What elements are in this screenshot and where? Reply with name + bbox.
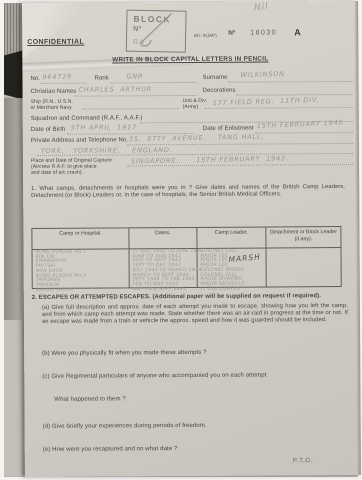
questionnaire-page: BLOCK Nº RA M.I. 9(JAP) Nº 18030 A Nil C… xyxy=(22,1,361,477)
section-2c-text: (c) Give Regimental particulars of anyon… xyxy=(42,372,342,381)
unit-div-label-line2: (Army) xyxy=(183,105,199,111)
address-value-line2: YORK, YORKSHIRE, ENGLAND. xyxy=(41,146,173,155)
col-header-dates: Dates. xyxy=(129,228,197,248)
dates-column: 17 DEC 1942 TO JUNE 1943 JUNE TO AUG 194… xyxy=(130,249,198,287)
page-corner-fold xyxy=(22,3,94,59)
camp-column: NONG PLADUK No.1 RIN TIN KWANARIYAI PHIT… xyxy=(33,249,130,288)
surname-label: Surname xyxy=(202,75,227,82)
section-2-heading: 2. ESCAPES OR ATTEMPTED ESCAPES. (Additi… xyxy=(32,293,352,302)
date-of-birth-label: Date of Birth xyxy=(31,127,66,134)
section-2c2-text: What happened to them ? xyxy=(54,396,254,404)
field-line xyxy=(127,143,353,145)
capture-label-line3: and date of a/c crash). xyxy=(31,171,83,177)
confidential-marking: CONFIDENTIAL xyxy=(27,39,84,48)
col-header-block: Detachment or Block Leader (if any). xyxy=(266,227,340,247)
page-right-edge-shadow xyxy=(354,1,361,475)
field-line xyxy=(40,83,86,84)
section-2e-text: (e) How were you recaptured and on what … xyxy=(43,445,343,454)
private-address-label: Private Address and Telephone No. xyxy=(31,137,128,145)
camps-table-header-row: Camp or Hospital. Dates. Camp Leader. De… xyxy=(32,227,340,250)
please-turn-over: P.T.O. xyxy=(293,457,313,464)
block-number-stamp: BLOCK Nº RA xyxy=(126,10,187,53)
dates-entry: MAY TO 2 SEPT 1945 xyxy=(133,288,197,293)
service-number-value: 964729 xyxy=(42,72,72,81)
field-line xyxy=(205,107,353,109)
serial-no-label: Nº xyxy=(228,30,235,37)
decorations-label: Decorations xyxy=(203,88,236,95)
field-line xyxy=(237,94,353,96)
col-header-camp: Camp or Hospital. xyxy=(32,228,129,249)
camps-table: Camp or Hospital. Dates. Camp Leader. De… xyxy=(31,226,341,289)
col-header-leader: Camp Leader. xyxy=(197,228,266,248)
christian-names-label: Christian Names xyxy=(31,89,77,96)
christian-names-value: CHARLES ARTHUR xyxy=(79,85,153,93)
camps-table-body: NONG PLADUK No.1 RIN TIN KWANARIYAI PHIT… xyxy=(33,248,341,288)
mi9-department-stamp: M.I. 9(JAP) xyxy=(194,33,217,38)
rank-value: GNR xyxy=(126,72,143,80)
pencil-mark xyxy=(127,11,186,52)
scanned-document: { "meta": { "confidential": "CONFIDENTIA… xyxy=(0,0,362,480)
camp-entry: NAKOM PATOM xyxy=(36,288,129,293)
squadron-command-label: Squadron and Command (R.A.F., A.A.F.) xyxy=(31,115,143,123)
pencil-note-nil: Nil xyxy=(254,2,270,14)
field-line xyxy=(110,82,196,84)
section-2a-text: (a) Give full description and approx. da… xyxy=(42,303,348,325)
question-1-text: 1. What camps, detachments or hospitals … xyxy=(31,184,345,200)
service-number-label: No. xyxy=(30,76,40,83)
unit-div-value: 177 FIELD REG. 11TH DIV. xyxy=(213,96,320,107)
series-letter-stamp: A xyxy=(294,27,301,37)
date-of-enlistment-label: Date of Enlistment xyxy=(203,126,254,133)
field-line xyxy=(75,95,197,97)
serial-number-stamp: 18030 xyxy=(250,29,277,36)
date-of-enlistment-value: 15TH FEBRUARY 1940 xyxy=(257,119,344,131)
underlying-paper-stack-light xyxy=(4,320,22,476)
leader-entry: LT COL COATES xyxy=(201,287,266,292)
section-2b-text: (b) Were you physically fit when you mad… xyxy=(42,349,342,358)
block-leader-column xyxy=(267,248,341,286)
field-line xyxy=(255,132,353,134)
ship-label-line2: or Merchant Navy xyxy=(31,106,72,112)
field-line xyxy=(228,81,352,83)
date-of-birth-value: 5TH APRIL 1917 xyxy=(71,123,137,131)
address-value-line1: 35, ETTY AVENUE, TANG HALL, xyxy=(129,133,265,144)
form-instruction-heading: WRITE IN BLOCK CAPITAL LETTERS IN PENCIL xyxy=(82,55,298,64)
section-2d-text: (d) Give briefly your experiences during… xyxy=(43,422,343,431)
surname-value: WILKINSON xyxy=(240,70,284,79)
field-line xyxy=(83,108,179,110)
rank-label: Rank xyxy=(94,75,108,82)
